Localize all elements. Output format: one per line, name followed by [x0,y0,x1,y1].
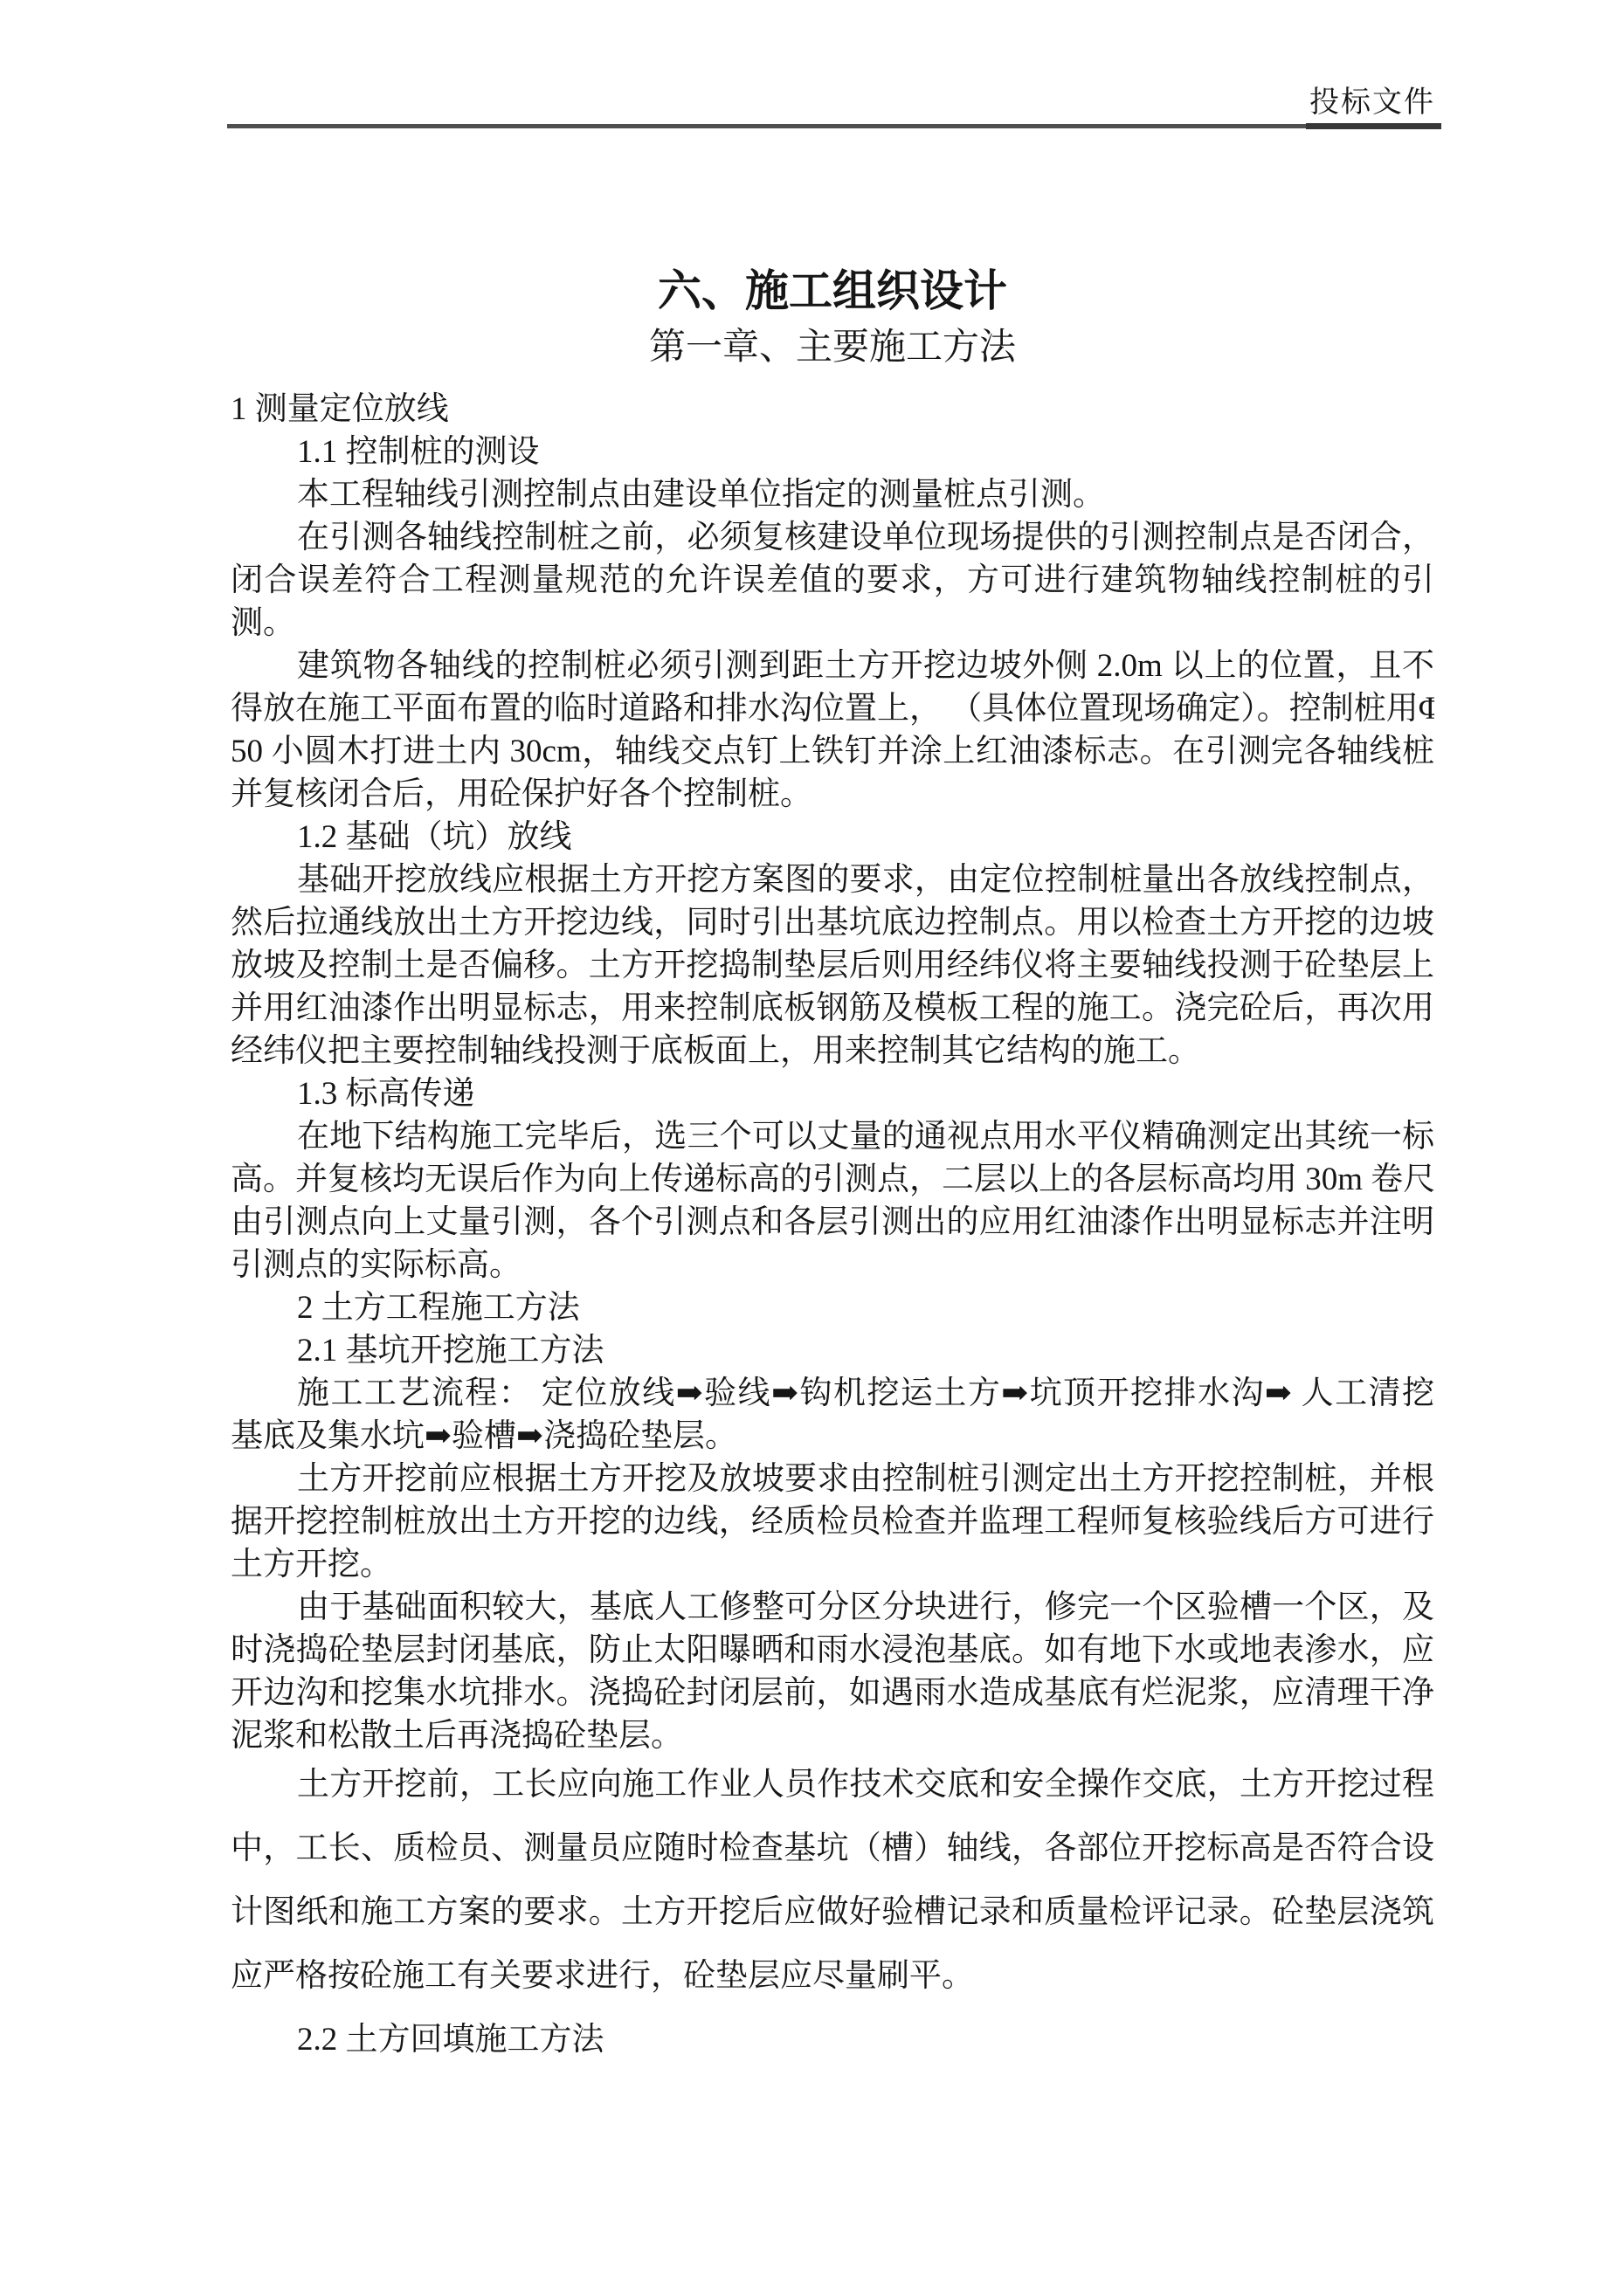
text-line: 土方开挖前，工长应向施工作业人员作技术交底和安全操作交底，土方开挖过程 [231,1757,1434,1821]
text-line: 土方开挖。 [231,1543,1434,1586]
text-line: 据开挖控制桩放出土方开挖的边线，经质检员检查并监理工程师复核验线后方可进行 [231,1500,1434,1543]
text-line: 时浇捣砼垫层封闭基底，防止太阳曝晒和雨水浸泡基底。如有地下水或地表渗水，应 [231,1629,1434,1672]
text-line: 放坡及控制土是否偏移。土方开挖捣制垫层后则用经纬仪将主要轴线投测于砼垫层上 [231,944,1434,987]
text-line: 计图纸和施工方案的要求。土方开挖后应做好验槽记录和质量检评记录。砼垫层浇筑 [231,1885,1434,1948]
text-line: 本工程轴线引测控制点由建设单位指定的测量桩点引测。 [231,473,1434,516]
text-line: 2.1 基坑开挖施工方法 [231,1329,1434,1372]
document-title: 六、施工组织设计 [231,265,1434,317]
text-line: 然后拉通线放出土方开挖边线，同时引出基坑底边控制点。用以检查土方开挖的边坡 [231,901,1434,944]
text-line: 闭合误差符合工程测量规范的允许误差值的要求，方可进行建筑物轴线控制桩的引 [231,559,1434,602]
text-line: 并复核闭合后，用砼保护好各个控制桩。 [231,773,1434,816]
text-line: 得放在施工平面布置的临时道路和排水沟位置上， （具体位置现场确定）。控制桩用Φ [231,687,1434,730]
text-line: 施工工艺流程： 定位放线➡验线➡钩机挖运土方➡坑顶开挖排水沟➡ 人工清挖 [231,1372,1434,1415]
text-line: 2.2 土方回填施工方法 [231,2012,1434,2076]
text-line: 测。 [231,602,1434,645]
text-line: 50 小圆木打进土内 30cm，轴线交点钉上铁钉并涂上红油漆标志。在引测完各轴线… [231,730,1434,773]
text-line: 中，工长、质检员、测量员应随时检查基坑（槽）轴线，各部位开挖标高是否符合设 [231,1821,1434,1885]
text-line: 1.1 控制桩的测设 [231,431,1434,473]
header-rule-accent [1306,123,1441,129]
text-line: 土方开挖前应根据土方开挖及放坡要求由控制桩引测定出土方开挖控制桩，并根 [231,1458,1434,1500]
text-line: 1.3 标高传递 [231,1072,1434,1115]
text-line: 开边沟和挖集水坑排水。浇捣砼封闭层前，如遇雨水造成基底有烂泥浆，应清理干净 [231,1672,1434,1714]
text-line: 泥浆和松散土后再浇捣砼垫层。 [231,1714,1434,1757]
text-line: 高。并复核均无误后作为向上传递标高的引测点，二层以上的各层标高均用 30m 卷尺 [231,1158,1434,1201]
text-line: 基底及集水坑➡验槽➡浇捣砼垫层。 [231,1415,1434,1458]
text-line: 建筑物各轴线的控制桩必须引测到距土方开挖边坡外侧 2.0m 以上的位置，且不 [231,645,1434,687]
text-line: 在引测各轴线控制桩之前，必须复核建设单位现场提供的引测控制点是否闭合， [231,516,1434,559]
document-body: 1 测量定位放线1.1 控制桩的测设本工程轴线引测控制点由建设单位指定的测量桩点… [231,388,1434,2076]
text-line: 1.2 基础（坑）放线 [231,816,1434,858]
text-line: 在地下结构施工完毕后，选三个可以丈量的通视点用水平仪精确测定出其统一标 [231,1115,1434,1158]
text-line: 由引测点向上丈量引测，各个引测点和各层引测出的应用红油漆作出明显标志并注明 [231,1201,1434,1244]
document-subtitle: 第一章、主要施工方法 [231,325,1434,370]
text-line: 应严格按砼施工有关要求进行，砼垫层应尽量刷平。 [231,1948,1434,2012]
text-line: 由于基础面积较大，基底人工修整可分区分块进行，修完一个区验槽一个区，及 [231,1586,1434,1629]
text-line: 并用红油漆作出明显标志，用来控制底板钢筋及模板工程的施工。浇完砼后，再次用 [231,987,1434,1030]
text-line: 2 土方工程施工方法 [231,1286,1434,1329]
page-header-label: 投标文件 [1309,85,1435,121]
text-line: 1 测量定位放线 [231,388,1434,431]
text-line: 经纬仪把主要控制轴线投测于底板面上，用来控制其它结构的施工。 [231,1030,1434,1072]
header-rule [227,124,1441,128]
document-page: 投标文件 六、施工组织设计 第一章、主要施工方法 1 测量定位放线1.1 控制桩… [0,0,1623,2296]
text-line: 引测点的实际标高。 [231,1244,1434,1286]
text-line: 基础开挖放线应根据土方开挖方案图的要求，由定位控制桩量出各放线控制点， [231,858,1434,901]
